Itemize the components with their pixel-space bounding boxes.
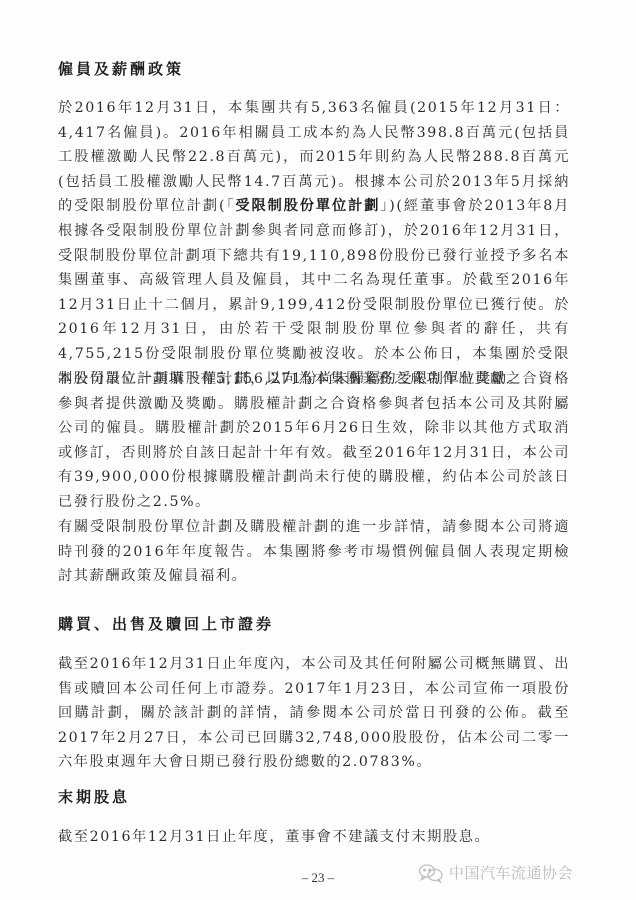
section-heading-purchase-sale-redemption: 購買、出售及贖回上市證券 xyxy=(58,613,274,634)
paragraph-text: 」)(經董事會於2013年8月根據各受限制股份單位計劃參與者同意而修訂)，於20… xyxy=(58,198,570,386)
watermark: 中国汽车流通协会 xyxy=(418,862,573,883)
wechat-icon xyxy=(418,863,444,883)
watermark-text: 中国汽车流通协会 xyxy=(449,862,573,883)
paragraph-share-option-scheme: 本公司設立一項購股權計劃，以向為本集團業務之成功作出貢獻之合資格參與者提供激勵及… xyxy=(58,367,570,515)
paragraph-employees-rsu: 於2016年12月31日，本集團共有5,363名僱員(2015年12月31日：4… xyxy=(58,96,570,391)
section-heading-final-dividend: 末期股息 xyxy=(58,786,130,807)
paragraph-final-dividend: 截至2016年12月31日止年度，董事會不建議支付末期股息。 xyxy=(58,825,570,850)
defined-term-rsu-scheme: 受限制股份單位計劃 xyxy=(235,198,380,214)
paragraph-share-repurchase: 截至2016年12月31日止年度內，本公司及其任何附屬公司概無購買、出售或贖回本… xyxy=(58,652,570,775)
section-heading-employees-remuneration: 僱員及薪酬政策 xyxy=(58,58,184,79)
paragraph-further-details: 有關受限制股份單位計劃及購股權計劃的進一步詳情，請參閱本公司將適時刊發的2016… xyxy=(58,515,570,589)
document-page: 僱員及薪酬政策 於2016年12月31日，本集團共有5,363名僱員(2015年… xyxy=(0,0,636,900)
